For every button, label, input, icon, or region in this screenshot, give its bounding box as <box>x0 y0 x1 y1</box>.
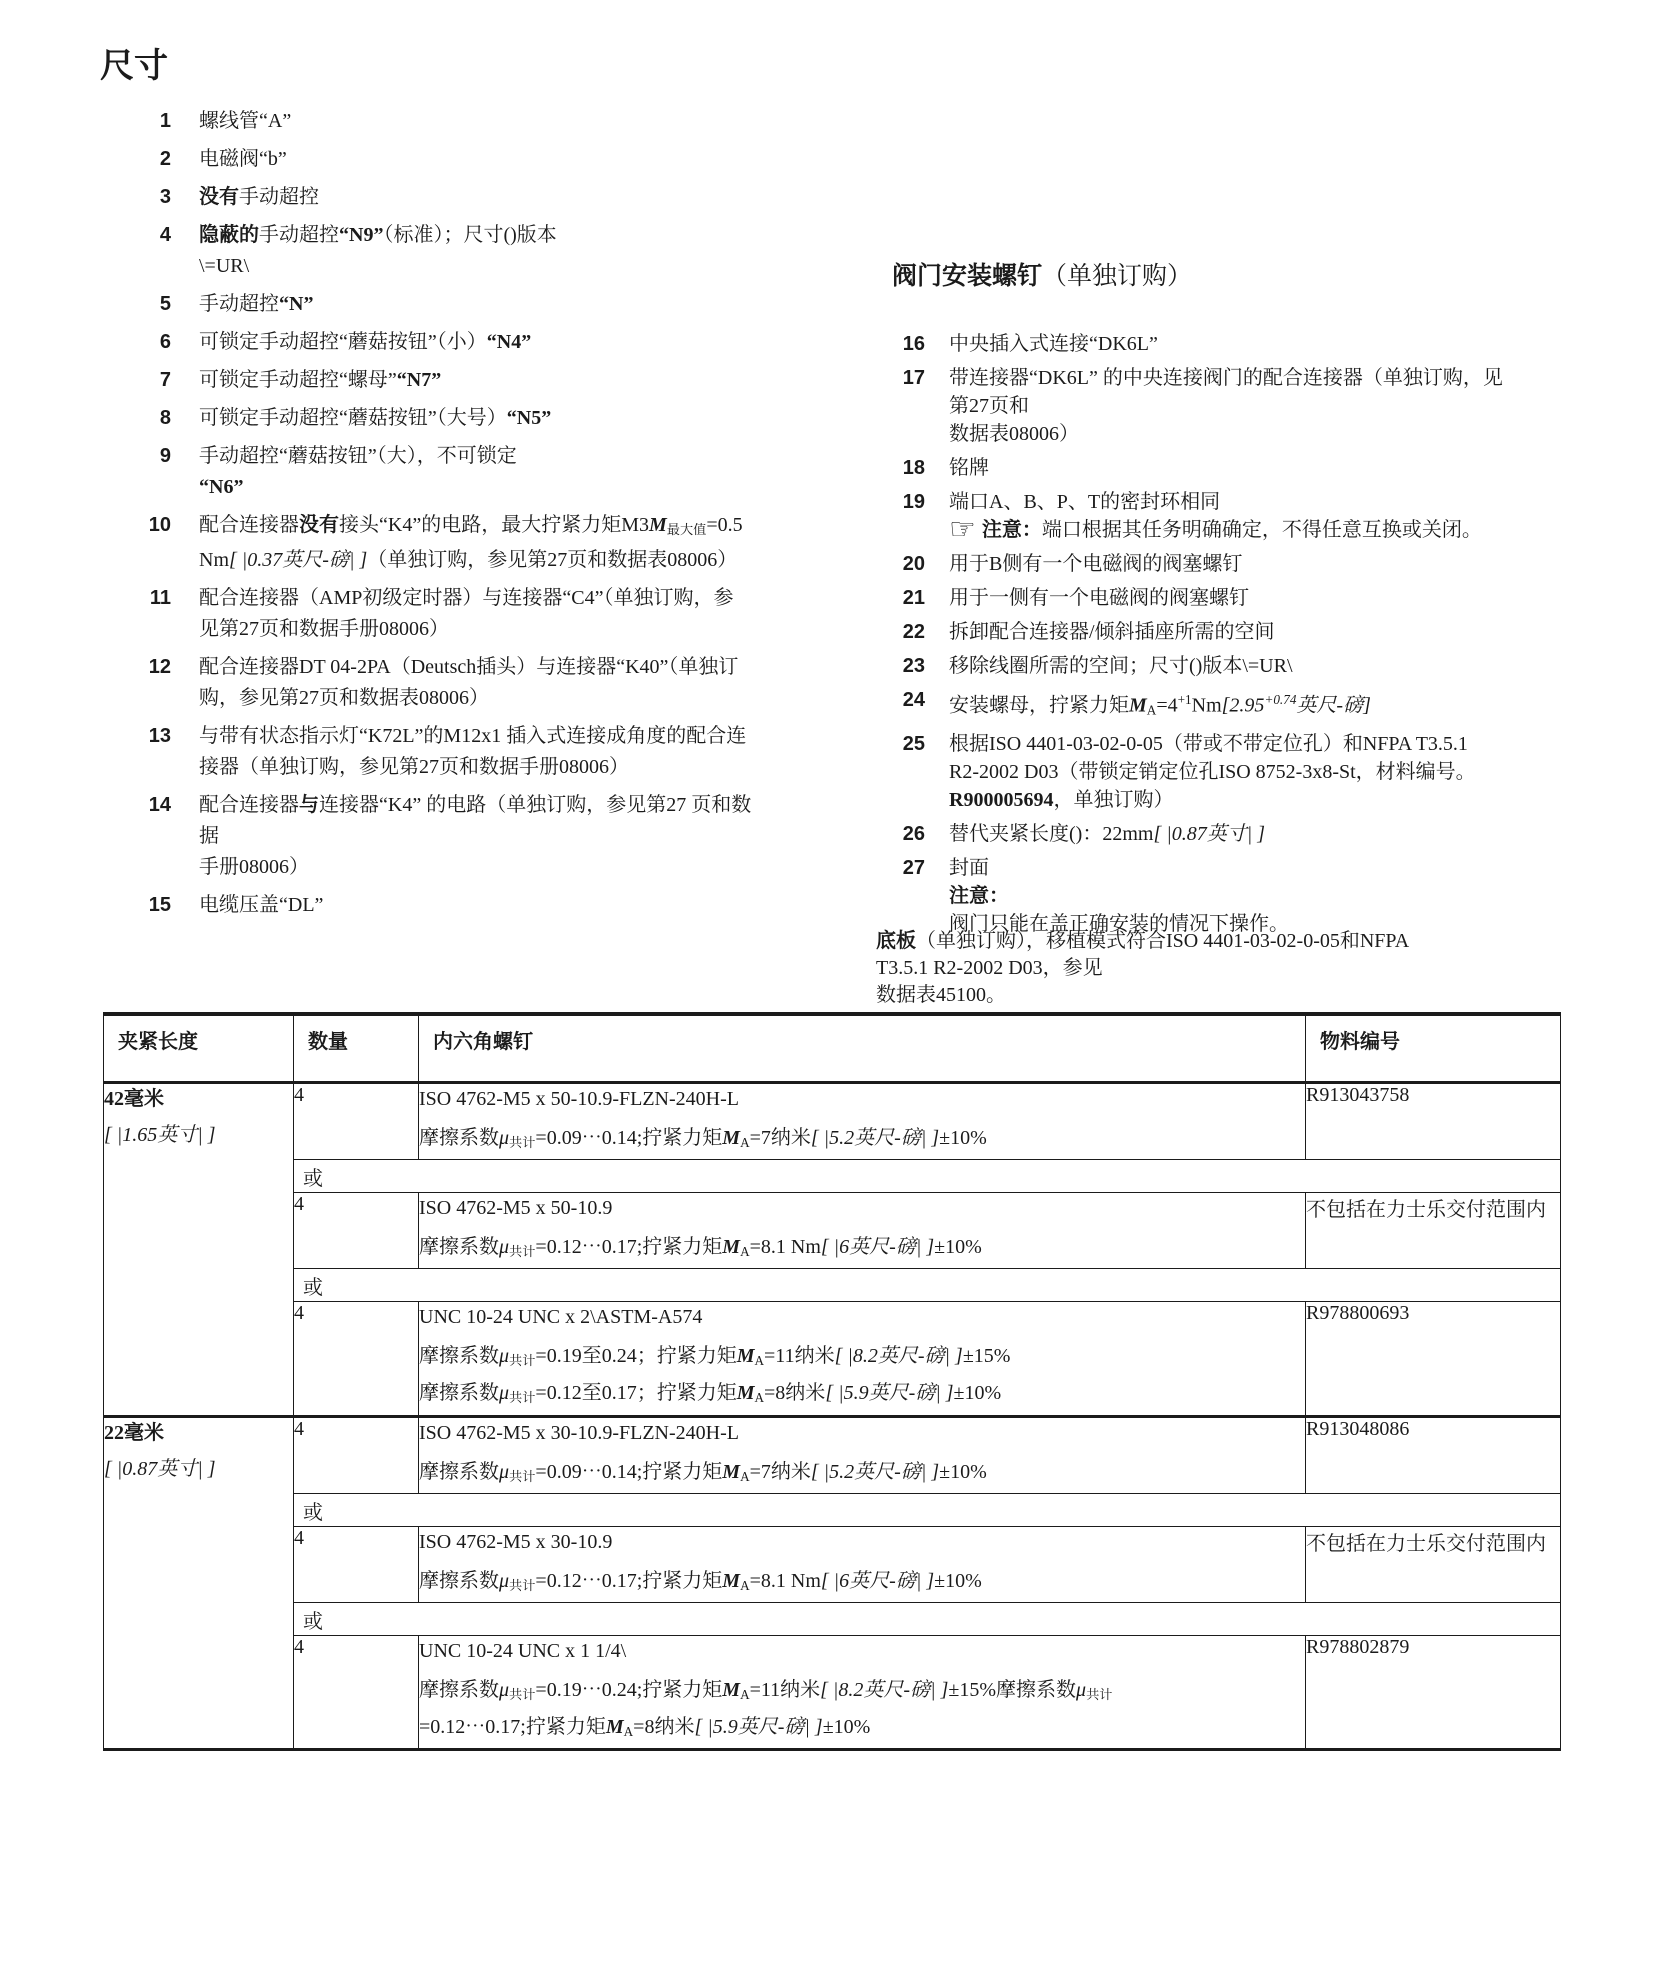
legend-item-21: 21用于一侧有一个电磁阀的阀塞螺钉 <box>895 584 1585 612</box>
legend-item-6: 6可锁定手动超控“蘑菇按钮”（小）“N4” <box>133 327 763 358</box>
baseplate-note: 底板（单独订购），移植模式符合ISO 4401-03-02-0-05和NFPAT… <box>876 928 1526 1009</box>
legend-item-26: 26替代夹紧长度()：22mm[ |0.87英寸| ] <box>895 820 1585 848</box>
item-number: 9 <box>133 441 199 472</box>
col-header-quantity: 数量 <box>294 1014 419 1083</box>
legend-item-23: 23移除线圈所需的空间；尺寸()版本\=UR\ <box>895 652 1585 680</box>
col-header-material-number: 物料编号 <box>1306 1014 1561 1083</box>
item-number: 3 <box>133 182 199 213</box>
item-number: 12 <box>133 652 199 683</box>
legend-item-22: 22拆卸配合连接器/倾斜插座所需的空间 <box>895 618 1585 646</box>
legend-item-5: 5手动超控“N” <box>133 289 763 320</box>
or-row: 或 <box>104 1269 1561 1302</box>
item-text: 端口A、B、P、T的密封环相同 ☞ 注意：端口根据其任务明确确定，不得任意互换或… <box>949 488 1585 544</box>
screw-cell: ISO 4762-M5 x 50-10.9-FLZN-240H-L 摩擦系数μ共… <box>419 1083 1306 1160</box>
screw-cell: UNC 10-24 UNC x 2\ASTM-A574 摩擦系数μ共计=0.19… <box>419 1302 1306 1416</box>
legend-item-7: 7可锁定手动超控“螺母”“N7” <box>133 365 763 396</box>
screw-cell: ISO 4762-M5 x 30-10.9-FLZN-240H-L 摩擦系数μ共… <box>419 1416 1306 1493</box>
item-number: 5 <box>133 289 199 320</box>
qty-cell: 4 <box>294 1083 419 1160</box>
item-number: 24 <box>895 686 949 714</box>
length-inch: [ |1.65英寸| ] <box>104 1120 293 1150</box>
screw-name: UNC 10-24 UNC x 1 1/4\ <box>419 1636 1305 1666</box>
legend-item-17: 17带连接器“DK6L” 的中央连接阀门的配合连接器（单独订购，见第27页和数据… <box>895 364 1585 448</box>
item-number: 27 <box>895 854 949 882</box>
item-text: 配合连接器没有接头“K4”的电路，最大拧紧力矩M3M最大值=0.5Nm[ |0.… <box>199 510 759 576</box>
item-text: 用于一侧有一个电磁阀的阀塞螺钉 <box>949 584 1585 612</box>
table-row-22mm-2: 4 ISO 4762-M5 x 30-10.9 摩擦系数μ共计=0.12⋯0.1… <box>104 1526 1561 1602</box>
item-number: 14 <box>133 790 199 821</box>
table-row-22mm-3: 4 UNC 10-24 UNC x 1 1/4\ 摩擦系数μ共计=0.19⋯0.… <box>104 1635 1561 1749</box>
screw-name: ISO 4762-M5 x 30-10.9-FLZN-240H-L <box>419 1418 1305 1448</box>
legend-item-16: 16中央插入式连接“DK6L” <box>895 330 1585 358</box>
legend-item-3: 3没有手动超控 <box>133 182 763 213</box>
legend-item-2: 2电磁阀“b” <box>133 144 763 175</box>
item-text: 手动超控“N” <box>199 289 759 320</box>
item-text: 安装螺母，拧紧力矩MA=4+1Nm[2.95+0.74英尺-磅] <box>949 686 1585 724</box>
note-text: 注意：端口根据其任务明确确定，不得任意互换或关闭。 <box>982 516 1482 544</box>
screw-detail: 摩擦系数μ共计=0.09⋯0.14;拧紧力矩MA=7纳米[ |5.2英尺-磅| … <box>419 1456 1305 1493</box>
material-cell: R978802879 <box>1306 1635 1561 1749</box>
item-number: 26 <box>895 820 949 848</box>
screw-name: ISO 4762-M5 x 50-10.9 <box>419 1193 1305 1223</box>
legend-item-9: 9手动超控“蘑菇按钮”（大），不可锁定“N6” <box>133 441 763 503</box>
item-number: 8 <box>133 403 199 434</box>
screw-detail: 摩擦系数μ共计=0.19⋯0.24;拧紧力矩MA=11纳米[ |8.2英尺-磅|… <box>419 1674 1305 1748</box>
item-text: 带连接器“DK6L” 的中央连接阀门的配合连接器（单独订购，见第27页和数据表0… <box>949 364 1585 448</box>
table-row-42mm-1: 42毫米 [ |1.65英寸| ] 4 ISO 4762-M5 x 50-10.… <box>104 1083 1561 1160</box>
item-text: 配合连接器与连接器“K4” 的电路（单独订购，参见第27 页和数据手册08006… <box>199 790 759 883</box>
material-cell: 不包括在力士乐交付范围内 <box>1306 1193 1561 1269</box>
item-text: 拆卸配合连接器/倾斜插座所需的空间 <box>949 618 1585 646</box>
legend-item-4: 4隐蔽的手动超控“N9”（标准）；尺寸()版本\=UR\ <box>133 220 763 282</box>
length-mm: 22毫米 <box>104 1418 293 1448</box>
table-row-22mm-1: 22毫米 [ |0.87英寸| ] 4 ISO 4762-M5 x 30-10.… <box>104 1416 1561 1493</box>
screw-detail: 摩擦系数μ共计=0.09⋯0.14;拧紧力矩MA=7纳米[ |5.2英尺-磅| … <box>419 1122 1305 1159</box>
item-number: 22 <box>895 618 949 646</box>
item-number: 15 <box>133 890 199 921</box>
item-number: 11 <box>133 583 199 614</box>
length-inch: [ |0.87英寸| ] <box>104 1454 293 1484</box>
item-text: 螺线管“A” <box>199 106 759 137</box>
legend-item-15: 15电缆压盖“DL” <box>133 890 763 921</box>
screw-name: ISO 4762-M5 x 30-10.9 <box>419 1527 1305 1557</box>
material-cell: R913043758 <box>1306 1083 1561 1160</box>
item-text: 配合连接器（AMP初级定时器）与连接器“C4”（单独订购，参见第27页和数据手册… <box>199 583 759 645</box>
qty-cell: 4 <box>294 1302 419 1416</box>
or-cell: 或 <box>294 1602 1561 1635</box>
qty-cell: 4 <box>294 1526 419 1602</box>
item-number: 21 <box>895 584 949 612</box>
heading-bold-part: 阀门安装螺钉 <box>892 262 1042 290</box>
material-cell: 不包括在力士乐交付范围内 <box>1306 1526 1561 1602</box>
port-note: ☞ 注意：端口根据其任务明确确定，不得任意互换或关闭。 <box>949 516 1585 544</box>
screw-cell: UNC 10-24 UNC x 1 1/4\ 摩擦系数μ共计=0.19⋯0.24… <box>419 1635 1306 1749</box>
legend-item-1: 1螺线管“A” <box>133 106 763 137</box>
item-text: 封面注意：阀门只能在盖正确安装的情况下操作。 <box>949 854 1585 938</box>
item-text: 根据ISO 4401-03-02-0-05（带或不带定位孔）和NFPA T3.5… <box>949 730 1585 814</box>
or-cell: 或 <box>294 1160 1561 1193</box>
legend-item-10: 10配合连接器没有接头“K4”的电路，最大拧紧力矩M3M最大值=0.5Nm[ |… <box>133 510 763 576</box>
valve-screws-legend-list: 16中央插入式连接“DK6L” 17带连接器“DK6L” 的中央连接阀门的配合连… <box>895 330 1585 944</box>
table-row-42mm-3: 4 UNC 10-24 UNC x 2\ASTM-A574 摩擦系数μ共计=0.… <box>104 1302 1561 1416</box>
item-text: 中央插入式连接“DK6L” <box>949 330 1585 358</box>
item-number: 20 <box>895 550 949 578</box>
legend-item-18: 18铭牌 <box>895 454 1585 482</box>
item-text: 移除线圈所需的空间；尺寸()版本\=UR\ <box>949 652 1585 680</box>
heading-paren-part: （单独订购） <box>1042 263 1192 290</box>
clamp-length-cell-22mm: 22毫米 [ |0.87英寸| ] <box>104 1416 294 1750</box>
item-19-line1: 端口A、B、P、T的密封环相同 <box>949 491 1220 513</box>
legend-item-11: 11配合连接器（AMP初级定时器）与连接器“C4”（单独订购，参见第27页和数据… <box>133 583 763 645</box>
length-mm: 42毫米 <box>104 1084 293 1114</box>
legend-item-25: 25根据ISO 4401-03-02-0-05（带或不带定位孔）和NFPA T3… <box>895 730 1585 814</box>
item-text: 可锁定手动超控“螺母”“N7” <box>199 365 759 396</box>
valve-mounting-screws-heading: 阀门安装螺钉（单独订购） <box>892 256 1192 292</box>
item-text: 没有手动超控 <box>199 182 759 213</box>
item-number: 16 <box>895 330 949 358</box>
legend-item-8: 8可锁定手动超控“蘑菇按钮”（大号）“N5” <box>133 403 763 434</box>
or-row: 或 <box>104 1160 1561 1193</box>
screw-name: ISO 4762-M5 x 50-10.9-FLZN-240H-L <box>419 1084 1305 1114</box>
screw-detail: 摩擦系数μ共计=0.19至0.24；拧紧力矩MA=11纳米[ |8.2英尺-磅|… <box>419 1340 1305 1414</box>
dimension-legend-list: 1螺线管“A” 2电磁阀“b” 3没有手动超控 4隐蔽的手动超控“N9”（标准）… <box>133 106 763 928</box>
item-number: 17 <box>895 364 949 392</box>
item-number: 13 <box>133 721 199 752</box>
col-header-clamping-length: 夹紧长度 <box>104 1014 294 1083</box>
item-number: 25 <box>895 730 949 758</box>
item-number: 6 <box>133 327 199 358</box>
material-cell: R978800693 <box>1306 1302 1561 1416</box>
qty-cell: 4 <box>294 1635 419 1749</box>
qty-cell: 4 <box>294 1193 419 1269</box>
item-number: 2 <box>133 144 199 175</box>
item-text: 可锁定手动超控“蘑菇按钮”（小）“N4” <box>199 327 759 358</box>
or-row: 或 <box>104 1602 1561 1635</box>
item-text: 配合连接器DT 04-2PA（Deutsch插头）与连接器“K40”（单独订购，… <box>199 652 759 714</box>
item-number: 23 <box>895 652 949 680</box>
item-text: 电缆压盖“DL” <box>199 890 759 921</box>
item-text: 与带有状态指示灯“K72L”的M12x1 插入式连接成角度的配合连接器（单独订购… <box>199 721 759 783</box>
item-number: 1 <box>133 106 199 137</box>
page-title: 尺寸 <box>100 38 168 87</box>
or-row: 或 <box>104 1493 1561 1526</box>
table-header-row: 夹紧长度 数量 内六角螺钉 物料编号 <box>104 1014 1561 1083</box>
item-text: 铭牌 <box>949 454 1585 482</box>
legend-item-14: 14配合连接器与连接器“K4” 的电路（单独订购，参见第27 页和数据手册080… <box>133 790 763 883</box>
item-text: 替代夹紧长度()：22mm[ |0.87英寸| ] <box>949 820 1585 848</box>
screw-table: 夹紧长度 数量 内六角螺钉 物料编号 42毫米 [ |1.65英寸| ] 4 I… <box>103 1012 1561 1751</box>
legend-item-12: 12配合连接器DT 04-2PA（Deutsch插头）与连接器“K40”（单独订… <box>133 652 763 714</box>
material-cell: R913048086 <box>1306 1416 1561 1493</box>
legend-item-13: 13与带有状态指示灯“K72L”的M12x1 插入式连接成角度的配合连接器（单独… <box>133 721 763 783</box>
screw-cell: ISO 4762-M5 x 50-10.9 摩擦系数μ共计=0.12⋯0.17;… <box>419 1193 1306 1269</box>
legend-item-20: 20用于B侧有一个电磁阀的阀塞螺钉 <box>895 550 1585 578</box>
or-cell: 或 <box>294 1269 1561 1302</box>
table-row-42mm-2: 4 ISO 4762-M5 x 50-10.9 摩擦系数μ共计=0.12⋯0.1… <box>104 1193 1561 1269</box>
or-cell: 或 <box>294 1493 1561 1526</box>
pointing-hand-icon: ☞ <box>949 516 976 544</box>
qty-cell: 4 <box>294 1416 419 1493</box>
item-number: 18 <box>895 454 949 482</box>
item-text: 隐蔽的手动超控“N9”（标准）；尺寸()版本\=UR\ <box>199 220 759 282</box>
clamp-length-cell-42mm: 42毫米 [ |1.65英寸| ] <box>104 1083 294 1417</box>
item-number: 7 <box>133 365 199 396</box>
legend-item-27: 27封面注意：阀门只能在盖正确安装的情况下操作。 <box>895 854 1585 938</box>
screw-detail: 摩擦系数μ共计=0.12⋯0.17;拧紧力矩MA=8.1 Nm[ |6英尺-磅|… <box>419 1231 1305 1268</box>
screw-detail: 摩擦系数μ共计=0.12⋯0.17;拧紧力矩MA=8.1 Nm[ |6英尺-磅|… <box>419 1565 1305 1602</box>
item-text: 可锁定手动超控“蘑菇按钮”（大号）“N5” <box>199 403 759 434</box>
item-number: 4 <box>133 220 199 251</box>
screw-cell: ISO 4762-M5 x 30-10.9 摩擦系数μ共计=0.12⋯0.17;… <box>419 1526 1306 1602</box>
item-text: 手动超控“蘑菇按钮”（大），不可锁定“N6” <box>199 441 759 503</box>
item-number: 19 <box>895 488 949 516</box>
item-text: 电磁阀“b” <box>199 144 759 175</box>
screw-name: UNC 10-24 UNC x 2\ASTM-A574 <box>419 1302 1305 1332</box>
legend-item-24: 24安装螺母，拧紧力矩MA=4+1Nm[2.95+0.74英尺-磅] <box>895 686 1585 724</box>
col-header-socket-screw: 内六角螺钉 <box>419 1014 1306 1083</box>
datasheet-page: 尺寸 1螺线管“A” 2电磁阀“b” 3没有手动超控 4隐蔽的手动超控“N9”（… <box>0 0 1654 1966</box>
legend-item-19: 19 端口A、B、P、T的密封环相同 ☞ 注意：端口根据其任务明确确定，不得任意… <box>895 488 1585 544</box>
item-text: 用于B侧有一个电磁阀的阀塞螺钉 <box>949 550 1585 578</box>
item-number: 10 <box>133 510 199 541</box>
